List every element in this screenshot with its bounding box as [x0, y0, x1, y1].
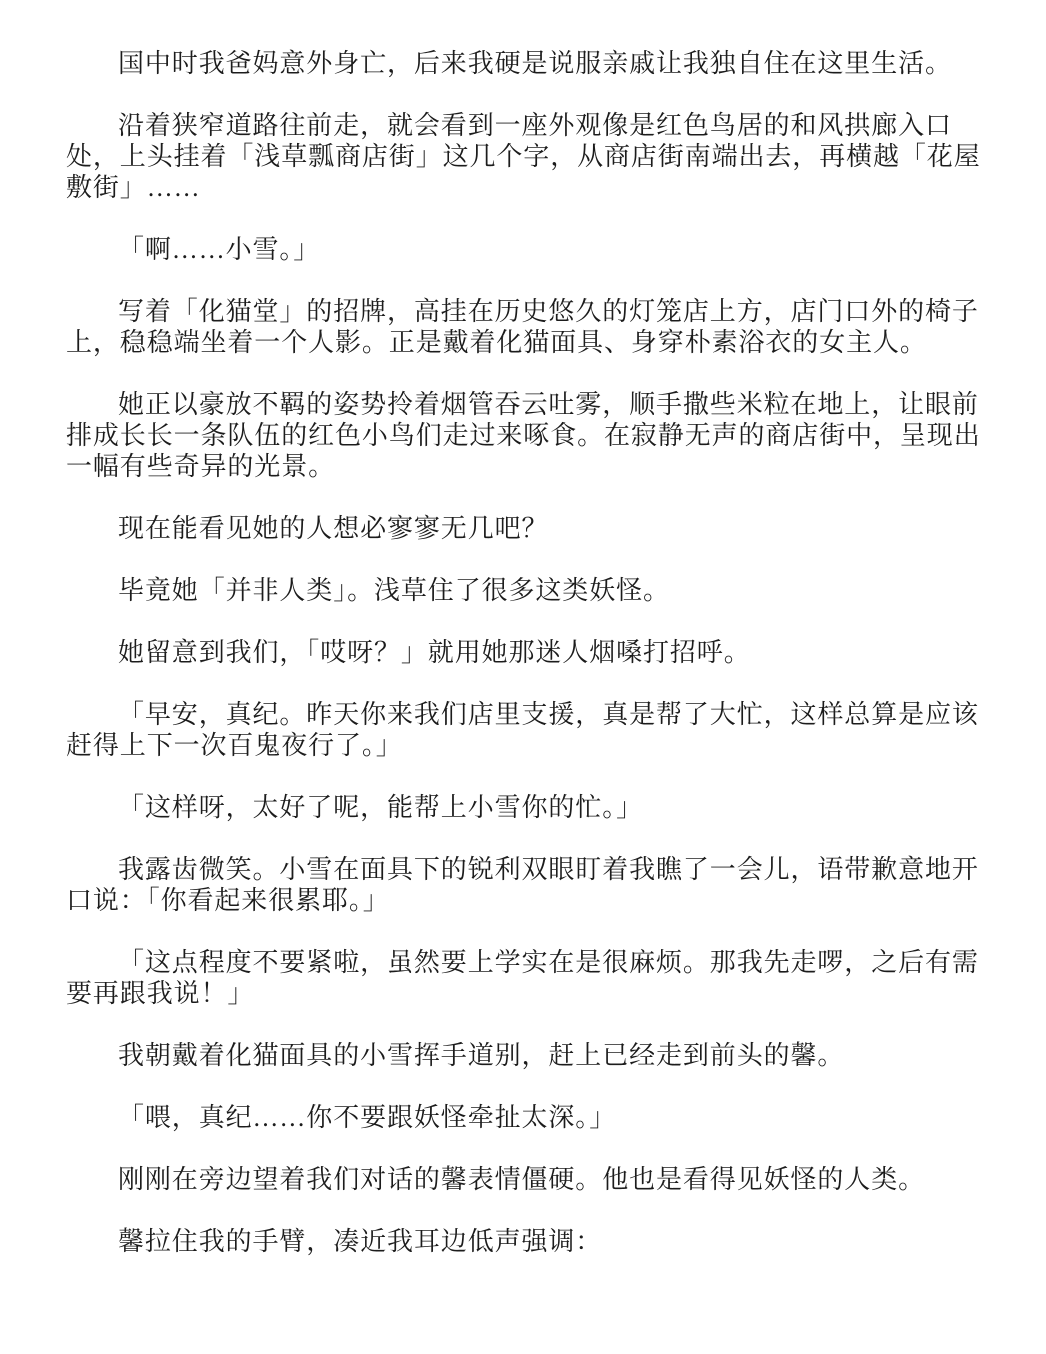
paragraph-14: 「喂，真纪……你不要跟妖怪牵扯太深。」	[66, 1102, 1004, 1133]
document-page: 国中时我爸妈意外身亡，后来我硬是说服亲戚让我独自住在这里生活。 沿着狭窄道路往前…	[0, 0, 1046, 1354]
paragraph-16: 馨拉住我的手臂，凑近我耳边低声强调：	[66, 1226, 1004, 1257]
paragraph-10: 「这样呀，太好了呢，能帮上小雪你的忙。」	[66, 792, 1004, 823]
paragraph-12: 「这点程度不要紧啦，虽然要上学实在是很麻烦。那我先走啰，之后有需要再跟我说！」	[66, 947, 1004, 1009]
paragraph-7: 毕竟她「并非人类」。浅草住了很多这类妖怪。	[66, 575, 1004, 606]
paragraph-8: 她留意到我们，「哎呀？」就用她那迷人烟嗓打招呼。	[66, 637, 1004, 668]
paragraph-3: 「啊……小雪。」	[66, 234, 1004, 265]
paragraph-2: 沿着狭窄道路往前走，就会看到一座外观像是红色鸟居的和风拱廊入口处，上头挂着「浅草…	[66, 110, 1004, 203]
paragraph-5: 她正以豪放不羁的姿势拎着烟管吞云吐雾，顺手撒些米粒在地上，让眼前排成长长一条队伍…	[66, 389, 1004, 482]
paragraph-6: 现在能看见她的人想必寥寥无几吧？	[66, 513, 1004, 544]
paragraph-15: 刚刚在旁边望着我们对话的馨表情僵硬。他也是看得见妖怪的人类。	[66, 1164, 1004, 1195]
paragraph-11: 我露齿微笑。小雪在面具下的锐利双眼盯着我瞧了一会儿，语带歉意地开口说：「你看起来…	[66, 854, 1004, 916]
paragraph-13: 我朝戴着化猫面具的小雪挥手道别，赶上已经走到前头的馨。	[66, 1040, 1004, 1071]
paragraph-4: 写着「化猫堂」的招牌，高挂在历史悠久的灯笼店上方，店门口外的椅子上，稳稳端坐着一…	[66, 296, 1004, 358]
paragraph-9: 「早安，真纪。昨天你来我们店里支援，真是帮了大忙，这样总算是应该赶得上下一次百鬼…	[66, 699, 1004, 761]
paragraph-1: 国中时我爸妈意外身亡，后来我硬是说服亲戚让我独自住在这里生活。	[66, 48, 1004, 79]
